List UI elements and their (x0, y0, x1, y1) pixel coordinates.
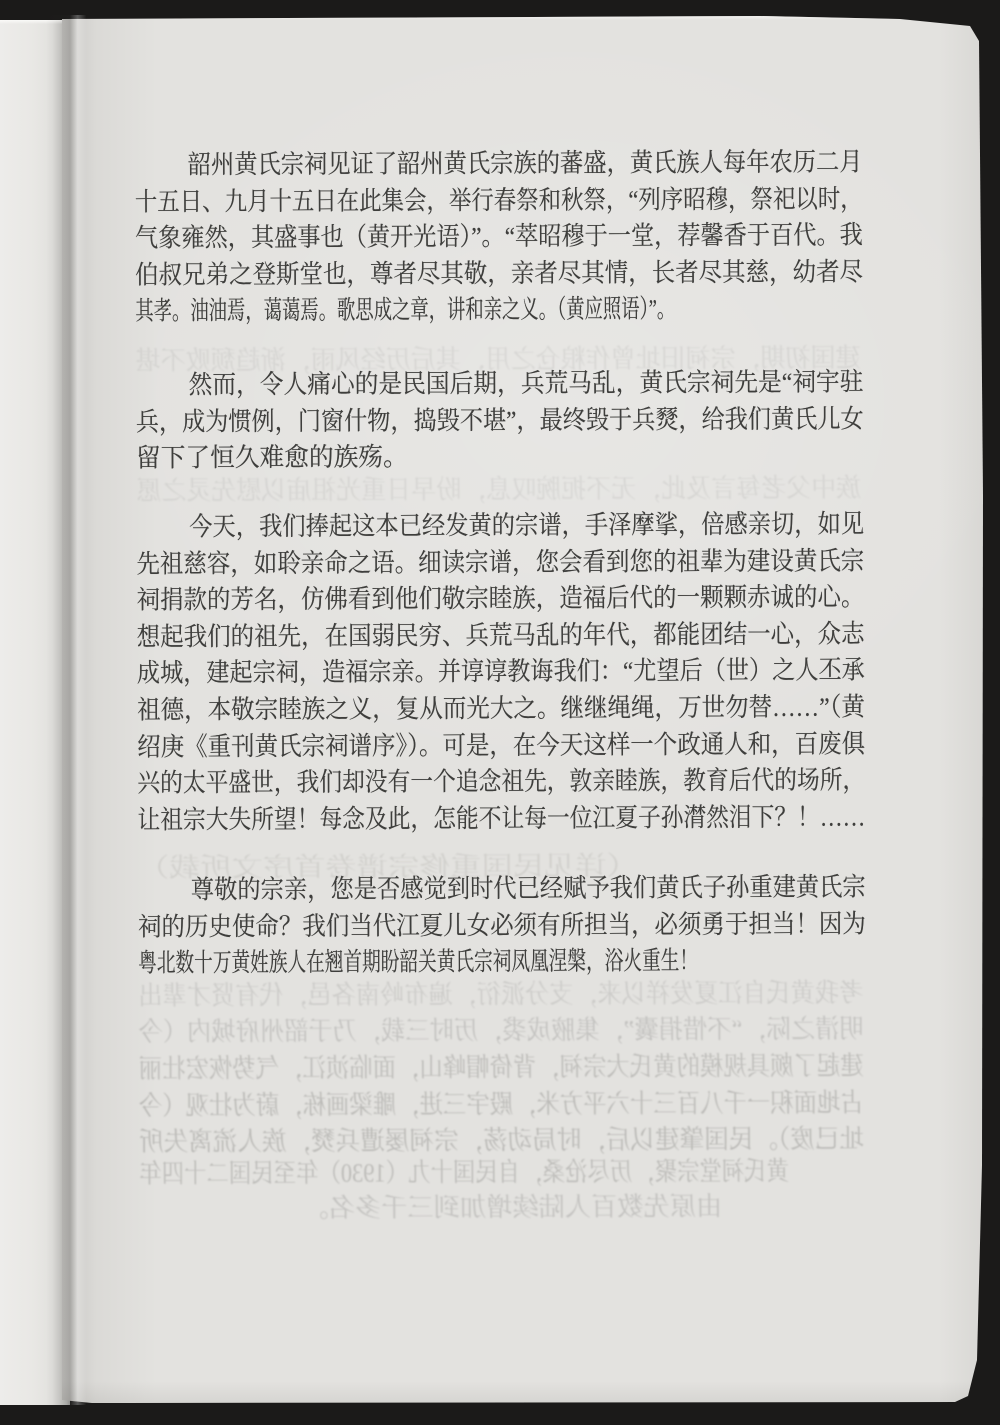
text-line: 然而，令人痛心的是民国后期，兵荒马乱，黄氏宗祠先是“祠宇驻 (136, 364, 864, 404)
text-layer: 韶州黄氏宗祠见证了韶州黄氏宗族的蕃盛，黄氏族人每年农历二月十五日、九月十五日在此… (0, 0, 997, 2)
bleedthrough-text-content: 考我黄氏自江夏发祥以来，支分派衍，遍布岭南各邑，代有贤才辈出 (138, 976, 863, 1013)
bleedthrough-text-content: 由原先数百人陆续增加到三千多名。 (302, 1190, 722, 1226)
bleedthrough-text-line: 占地面积一千八百三十六平方米，殿宇三进，雕梁画栋，蔚为壮观（今 (139, 1086, 864, 1123)
paragraph: 然而，令人痛心的是民国后期，兵荒马乱，黄氏宗祠先是“祠宇驻兵，成为惯例，门窗什物… (136, 364, 864, 477)
text-line: 兵，成为惯例，门窗什物，捣毁不堪”，最终毁于兵燹，给我们黄氏儿女 (136, 401, 864, 441)
text-line-content: 想起我们的祖先，在国弱民穷、兵荒马乱的年代，都能团结一心，众志 (137, 616, 865, 656)
text-line: 让祖宗大失所望！每念及此，怎能不让每一位江夏子孙潸然泪下？！…… (137, 799, 865, 839)
bleedthrough-text-line: 建起了颇具规模的黄氏大宗祠，背倚帽峰山，面临浈江，气势恢宏壮丽 (139, 1049, 864, 1086)
bleedthrough-text-line: 考我黄氏自江夏发祥以来，支分派衍，遍布岭南各邑，代有贤才辈出 (138, 976, 863, 1013)
text-line-content: 今天，我们捧起这本已经发黄的宗谱，手泽摩挲，倍感亲切，如见 (189, 506, 864, 546)
text-line-content: 十五日、九月十五日在此集会，举行春祭和秋祭，“列序昭穆，祭祀以时， (135, 181, 863, 221)
text-line-content: 祠的历史使命？我们当代江夏儿女必须有所担当，必须勇于担当！因为 (138, 906, 866, 946)
text-line: 想起我们的祖先，在国弱民穷、兵荒马乱的年代，都能团结一心，众志 (137, 616, 865, 656)
text-line: 尊敬的宗亲，您是否感觉到时代已经赋予我们黄氏子孙重建黄氏宗 (138, 869, 866, 909)
text-line: 今天，我们捧起这本已经发黄的宗谱，手泽摩挲，倍感亲切，如见 (136, 506, 864, 546)
bleedthrough-text-content: 建起了颇具规模的黄氏大宗祠，背倚帽峰山，面临浈江，气势恢宏壮丽 (139, 1049, 864, 1086)
text-line: 气象雍然，其盛事也（黄开光语）”。“萃昭穆于一堂，荐馨香于百代。我 (135, 218, 863, 258)
bleedthrough-text-content: 占地面积一千八百三十六平方米，殿宇三进，雕梁画栋，蔚为壮观（今 (139, 1086, 864, 1123)
paragraph: 今天，我们捧起这本已经发黄的宗谱，手泽摩挲，倍感亲切，如见先祖慈容，如聆亲命之语… (136, 506, 865, 839)
text-line-content: 绍庚《重刊黄氏宗祠谱序》）。可是，在今天这样一个政通人和，百废俱 (137, 726, 865, 766)
text-line: 祠捐款的芳名，仿佛看到他们敬宗睦族，造福后代的一颗颗赤诚的心。 (136, 580, 864, 620)
text-line-content: 尊敬的宗亲，您是否感觉到时代已经赋予我们黄氏子孙重建黄氏宗 (191, 869, 866, 909)
text-line: 先祖慈容，如聆亲命之语。细读宗谱，您会看到您的祖辈为建设黄氏宗 (136, 543, 864, 583)
text-line-content: 其孝。油油焉，蔼蔼焉。歌思成之章，讲和亲之义。（黄应照语）”。 (135, 292, 675, 331)
text-line: 十五日、九月十五日在此集会，举行春祭和秋祭，“列序昭穆，祭祀以时， (135, 181, 863, 221)
bleedthrough-text-line: 族中父老每言及此，无不扼腕叹息，盼早日重光祖庙以慰先灵之愿 (136, 471, 861, 508)
bleedthrough-text-content: 明清之际，“不惜捐囊”，集腋成裘，历时三载，乃于韶州府城内（今 (139, 1012, 864, 1049)
text-line-content: 兴的太平盛世，我们却没有一个追念祖先，敦亲睦族，教育后代的场所， (137, 763, 865, 803)
text-line: 韶州黄氏宗祠见证了韶州黄氏宗族的蕃盛，黄氏族人每年农历二月 (135, 144, 863, 184)
text-line: 祠的历史使命？我们当代江夏儿女必须有所担当，必须勇于担当！因为 (138, 906, 866, 946)
text-line-content: 祠捐款的芳名，仿佛看到他们敬宗睦族，造福后代的一颗颗赤诚的心。 (136, 580, 864, 620)
text-line-content: 韶州黄氏宗祠见证了韶州黄氏宗族的蕃盛，黄氏族人每年农历二月 (188, 144, 863, 184)
text-line: 绍庚《重刊黄氏宗祠谱序》）。可是，在今天这样一个政通人和，百废俱 (137, 726, 865, 766)
scan-background: 建国初期，宗祠旧址曾作粮仓之用，其后历经风雨，渐趋颓败不堪族中父老每言及此，无不… (0, 0, 1000, 1425)
text-line-content: 祖德，本敬宗睦族之义，复从而光大之。继继绳绳，万世勿替……”（黄 (137, 689, 865, 729)
bleedthrough-text-line: 由原先数百人陆续增加到三千多名。 (302, 1190, 722, 1226)
bleedthrough-text-line: 明清之际，“不惜捐囊”，集腋成裘，历时三载，乃于韶州府城内（今 (138, 1012, 863, 1049)
text-line-content: 留下了恒久难愈的族殇。 (136, 440, 408, 478)
page-content: 建国初期，宗祠旧址曾作粮仓之用，其后历经风雨，渐趋颓败不堪族中父老每言及此，无不… (0, 0, 1000, 1425)
text-line-content: 兵，成为惯例，门窗什物，捣毁不堪”，最终毁于兵燹，给我们黄氏儿女 (136, 401, 864, 441)
text-line: 留下了恒久难愈的族殇。 (136, 438, 864, 478)
text-line: 粤北数十万黄姓族人在翘首期盼韶关黄氏宗祠凤凰涅槃，浴火重生！ (138, 943, 866, 983)
text-line-content: 伯叔兄弟之登斯堂也，尊者尽其敬，亲者尽其情，长者尽其慈，幼者尽 (135, 254, 863, 294)
text-line-content: 气象雍然，其盛事也（黄开光语）”。“萃昭穆于一堂，荐馨香于百代。我 (135, 218, 863, 258)
bleedthrough-layer: 建国初期，宗祠旧址曾作粮仓之用，其后历经风雨，渐趋颓败不堪族中父老每言及此，无不… (0, 0, 997, 2)
text-line: 兴的太平盛世，我们却没有一个追念祖先，敦亲睦族，教育后代的场所， (137, 763, 865, 803)
text-line: 其孝。油油焉，蔼蔼焉。歌思成之章，讲和亲之义。（黄应照语）”。 (135, 291, 863, 331)
text-line-content: 然而，令人痛心的是民国后期，兵荒马乱，黄氏宗祠先是“祠宇驻 (189, 364, 864, 404)
text-line: 祖德，本敬宗睦族之义，复从而光大之。继继绳绳，万世勿替……”（黄 (137, 689, 865, 729)
text-line: 伯叔兄弟之登斯堂也，尊者尽其敬，亲者尽其情，长者尽其慈，幼者尽 (135, 254, 863, 294)
text-line-content: 让祖宗大失所望！每念及此，怎能不让每一位江夏子孙潸然泪下？！…… (137, 799, 865, 839)
text-line-content: 成城，建起宗祠，造福宗亲。并谆谆教诲我们：“尤望后（世）之人丕承 (137, 653, 865, 693)
paragraph: 韶州黄氏宗祠见证了韶州黄氏宗族的蕃盛，黄氏族人每年农历二月十五日、九月十五日在此… (135, 144, 864, 330)
text-line: 成城，建起宗祠，造福宗亲。并谆谆教诲我们：“尤望后（世）之人丕承 (137, 653, 865, 693)
bleedthrough-text-content: 族中父老每言及此，无不扼腕叹息，盼早日重光祖庙以慰先灵之愿 (136, 471, 861, 508)
bleedthrough-text-content: 黄氏祠堂宗聚，历尽沧桑，自民国十九（1930）年至民国二十四年 (139, 1155, 789, 1192)
text-line-content: 先祖慈容，如聆亲命之语。细读宗谱，您会看到您的祖辈为建设黄氏宗 (136, 543, 864, 583)
bleedthrough-text-line: 黄氏祠堂宗聚，历尽沧桑，自民国十九（1930）年至民国二十四年 (139, 1155, 789, 1192)
paragraph: 尊敬的宗亲，您是否感觉到时代已经赋予我们黄氏子孙重建黄氏宗祠的历史使命？我们当代… (138, 869, 866, 982)
text-line-content: 粤北数十万黄姓族人在翘首期盼韶关黄氏宗祠凤凰涅槃，浴火重生！ (138, 943, 698, 982)
